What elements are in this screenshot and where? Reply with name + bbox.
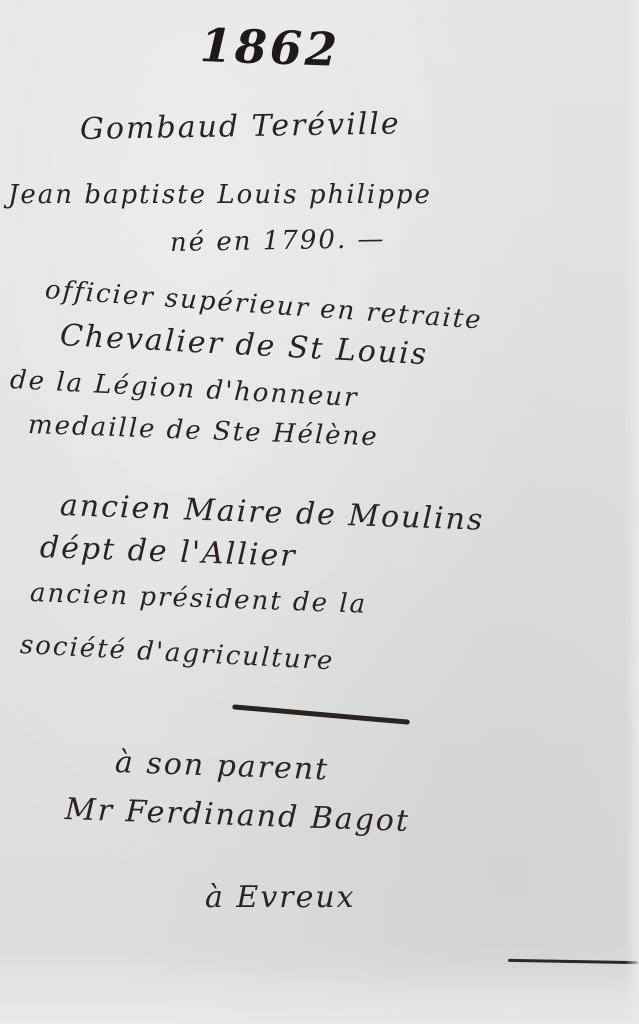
line-legion: de la Légion d'honneur bbox=[9, 365, 359, 413]
separator-rule bbox=[232, 704, 410, 724]
paper-edge-right bbox=[625, 0, 639, 1024]
document-year: 1862 bbox=[199, 18, 341, 77]
line-recipient: Mr Ferdinand Bagot bbox=[64, 792, 410, 839]
line-president: ancien président de la bbox=[29, 578, 367, 620]
line-dedication: à son parent bbox=[114, 745, 329, 787]
line-mayor: ancien Maire de Moulins bbox=[59, 488, 485, 538]
line-given-names: Jean baptiste Louis philippe bbox=[8, 180, 432, 210]
paper-edge-bottom bbox=[0, 964, 639, 1024]
document-paper: 1862 Gombaud Teréville Jean baptiste Lou… bbox=[0, 0, 639, 1024]
line-city: à Evreux bbox=[205, 880, 356, 915]
line-society: société d'agriculture bbox=[19, 630, 335, 676]
line-medal: medaille de Ste Hélène bbox=[27, 410, 379, 452]
line-name: Gombaud Teréville bbox=[80, 106, 401, 147]
line-department: dépt de l'Allier bbox=[39, 530, 297, 574]
line-birth: né en 1790. — bbox=[170, 224, 386, 258]
